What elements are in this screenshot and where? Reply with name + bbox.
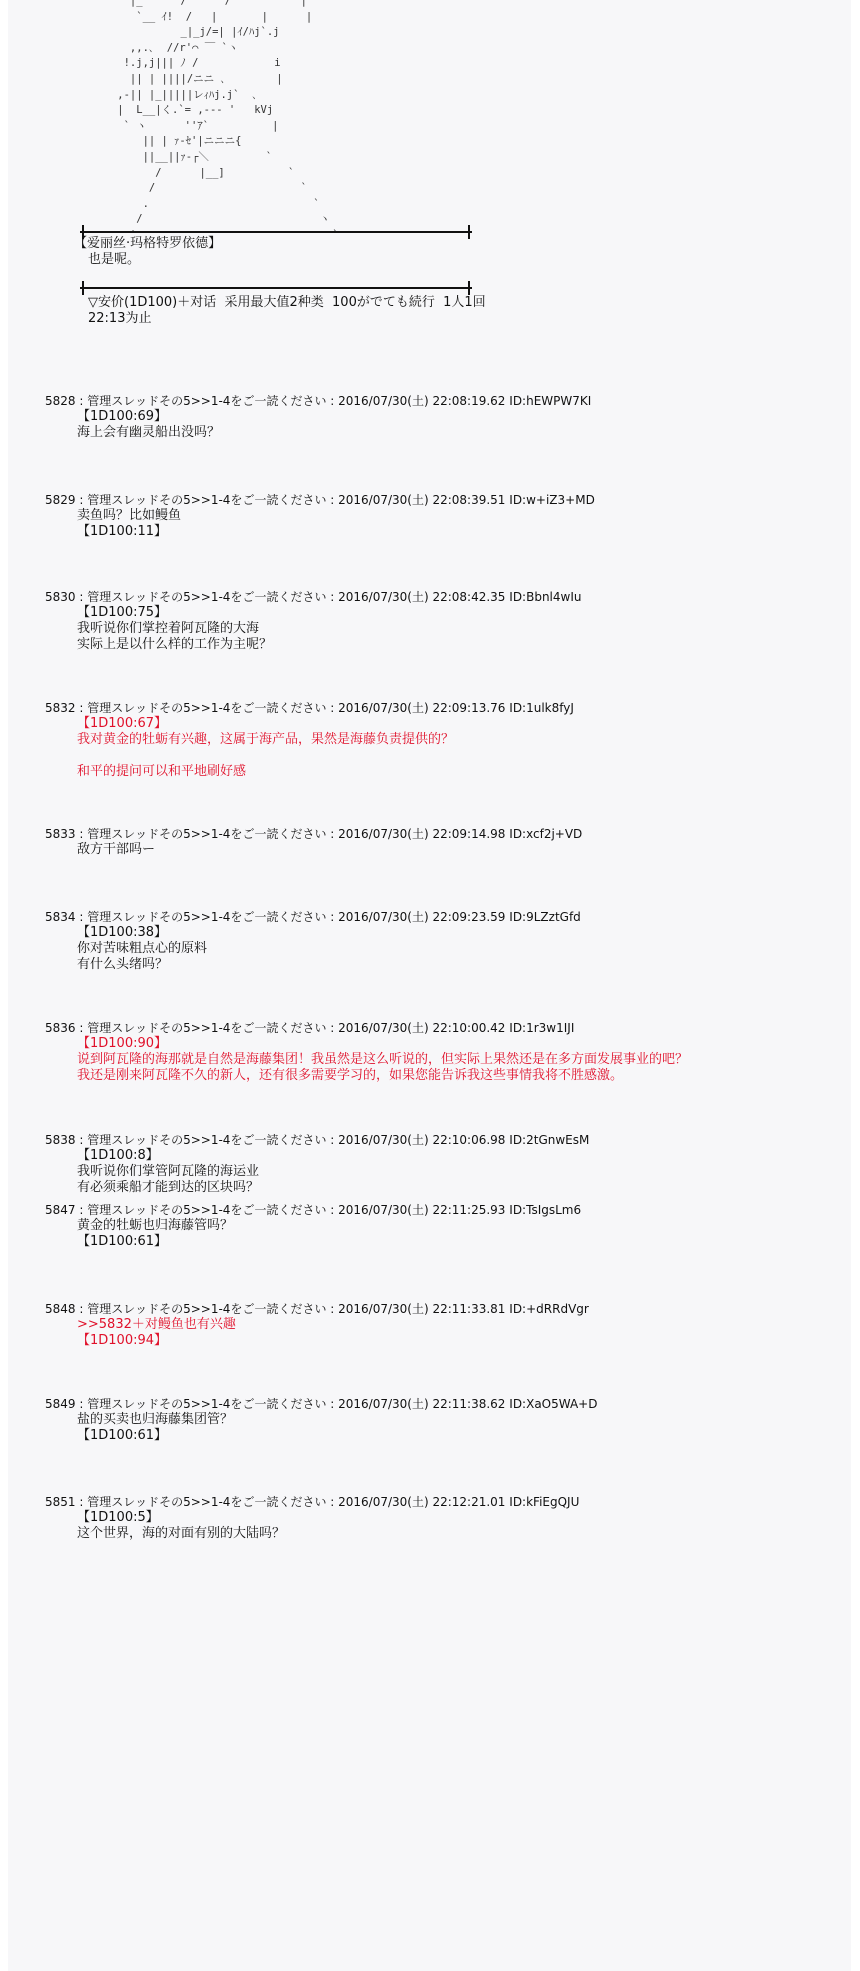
separator: : — [76, 1495, 88, 1509]
dice-roll-result: 【1D100:8】 — [77, 1148, 589, 1164]
poster-name: 管理スレッドその5>>1-4をご一読ください — [87, 1021, 326, 1035]
post-number[interactable]: 5847 — [45, 1203, 76, 1217]
post-header: 5838 : 管理スレッドその5>>1-4をご一読ください : 2016/07/… — [45, 1132, 589, 1148]
post: 5836 : 管理スレッドその5>>1-4をご一読ください : 2016/07/… — [45, 1020, 688, 1084]
post: 5848 : 管理スレッドその5>>1-4をご一読ください : 2016/07/… — [45, 1301, 589, 1349]
post: 5847 : 管理スレッドその5>>1-4をご一読ください : 2016/07/… — [45, 1202, 581, 1250]
poster-id: ID:Bbnl4wIu — [509, 590, 581, 604]
dice-roll-result: 【1D100:75】 — [77, 605, 582, 621]
poster-name: 管理スレッドその5>>1-4をご一読ください — [87, 1302, 326, 1316]
separator: : — [76, 394, 88, 408]
dice-roll-result: 【1D100:90】 — [77, 1036, 688, 1052]
post-text-line: 盐的买卖也归海藤集团管？ — [77, 1412, 597, 1428]
post-body: 【1D100:90】说到阿瓦隆的海那就是自然是海藤集团！我虽然是这么听说的，但实… — [77, 1036, 688, 1084]
separator: : — [76, 1133, 88, 1147]
post-date: 2016/07/30(土) 22:09:13.76 — [338, 701, 505, 715]
post: 5838 : 管理スレッドその5>>1-4をご一読ください : 2016/07/… — [45, 1132, 589, 1196]
post-date: 2016/07/30(土) 22:10:00.42 — [338, 1021, 505, 1035]
separator: : — [326, 1495, 338, 1509]
post-date: 2016/07/30(土) 22:10:06.98 — [338, 1133, 505, 1147]
poster-id: ID:2tGnwEsM — [509, 1133, 589, 1147]
post-number[interactable]: 5838 — [45, 1133, 76, 1147]
thread-page: |_ / / | `__ ｲ! / | | | _|_j/=| |ｲ/ﾊj`.j… — [8, 0, 851, 1971]
post: 5829 : 管理スレッドその5>>1-4をご一読ください : 2016/07/… — [45, 492, 595, 540]
separator: : — [76, 1203, 88, 1217]
post-header: 5828 : 管理スレッドその5>>1-4をご一読ください : 2016/07/… — [45, 393, 591, 409]
post: 5849 : 管理スレッドその5>>1-4をご一読ください : 2016/07/… — [45, 1396, 597, 1444]
post-text-line: 我听说你们掌管阿瓦隆的海运业 — [77, 1164, 589, 1180]
post-body: 黄金的牡蛎也归海藤管吗？【1D100:61】 — [77, 1218, 581, 1250]
poster-name: 管理スレッドその5>>1-4をご一読ください — [87, 827, 326, 841]
separator: : — [76, 701, 88, 715]
divider-bottom — [80, 287, 472, 289]
poster-id: ID:w+iZ3+MD — [509, 493, 595, 507]
post-text-line: 我还是刚来阿瓦隆不久的新人，还有很多需要学习的，如果您能告诉我这些事情我将不胜感… — [77, 1068, 688, 1084]
post-number[interactable]: 5849 — [45, 1397, 76, 1411]
post-date: 2016/07/30(土) 22:08:19.62 — [338, 394, 505, 408]
post-number[interactable]: 5828 — [45, 394, 76, 408]
dice-roll-result: 【1D100:5】 — [77, 1510, 579, 1526]
post-number[interactable]: 5829 — [45, 493, 76, 507]
post-body: >>5832＋对鳗鱼也有兴趣【1D100:94】 — [77, 1317, 589, 1349]
post-header: 5829 : 管理スレッドその5>>1-4をご一読ください : 2016/07/… — [45, 492, 595, 508]
post: 5833 : 管理スレッドその5>>1-4をご一読ください : 2016/07/… — [45, 826, 582, 858]
poster-name: 管理スレッドその5>>1-4をご一読ください — [87, 1397, 326, 1411]
post-body: 盐的买卖也归海藤集团管？【1D100:61】 — [77, 1412, 597, 1444]
post-number[interactable]: 5834 — [45, 910, 76, 924]
poster-id: ID:xcf2j+VD — [509, 827, 582, 841]
separator: : — [76, 827, 88, 841]
post-text-line: 卖鱼吗？比如鳗鱼 — [77, 508, 595, 524]
post-date: 2016/07/30(土) 22:08:42.35 — [338, 590, 505, 604]
post-date: 2016/07/30(土) 22:11:38.62 — [338, 1397, 505, 1411]
separator: : — [76, 493, 88, 507]
dice-roll-result: 【1D100:61】 — [77, 1428, 597, 1444]
separator: : — [326, 1302, 338, 1316]
post-number[interactable]: 5830 — [45, 590, 76, 604]
poster-id: ID:1ulk8fyJ — [509, 701, 574, 715]
post: 5834 : 管理スレッドその5>>1-4をご一読ください : 2016/07/… — [45, 909, 581, 973]
post-body: 【1D100:69】海上会有幽灵船出没吗？ — [77, 409, 591, 441]
post-header: 5847 : 管理スレッドその5>>1-4をご一読ください : 2016/07/… — [45, 1202, 581, 1218]
post-text-line: 有必须乘船才能到达的区块吗？ — [77, 1180, 589, 1196]
post-header: 5848 : 管理スレッドその5>>1-4をご一読ください : 2016/07/… — [45, 1301, 589, 1317]
poster-id: ID:9LZztGfd — [509, 910, 581, 924]
separator: : — [326, 590, 338, 604]
speaker-name: 【爱丽丝·玛格特罗依德】 — [74, 236, 221, 252]
post-header: 5849 : 管理スレッドその5>>1-4をご一読ください : 2016/07/… — [45, 1396, 597, 1412]
post-header: 5834 : 管理スレッドその5>>1-4をご一読ください : 2016/07/… — [45, 909, 581, 925]
poster-id: ID:hEWPW7KI — [509, 394, 591, 408]
separator: : — [326, 1203, 338, 1217]
separator: : — [326, 910, 338, 924]
post-text-line: 有什么头绪吗？ — [77, 957, 581, 973]
poster-id: ID:TsIgsLm6 — [509, 1203, 581, 1217]
post-header: 5832 : 管理スレッドその5>>1-4をご一読ください : 2016/07/… — [45, 700, 574, 716]
separator: : — [326, 1133, 338, 1147]
post-date: 2016/07/30(土) 22:12:21.01 — [338, 1495, 505, 1509]
dice-roll-result: 【1D100:61】 — [77, 1234, 581, 1250]
poster-name: 管理スレッドその5>>1-4をご一読ください — [87, 1203, 326, 1217]
poster-name: 管理スレッドその5>>1-4をご一読ください — [87, 493, 326, 507]
post-header: 5830 : 管理スレッドその5>>1-4をご一読ください : 2016/07/… — [45, 589, 582, 605]
poster-id: ID:kFiEgQJU — [509, 1495, 579, 1509]
post-text-line — [77, 748, 574, 764]
post-number[interactable]: 5848 — [45, 1302, 76, 1316]
reply-anchor-link[interactable]: >>5832＋对鳗鱼也有兴趣 — [77, 1317, 589, 1333]
post-number[interactable]: 5833 — [45, 827, 76, 841]
post: 5832 : 管理スレッドその5>>1-4をご一読ください : 2016/07/… — [45, 700, 574, 780]
dice-roll-result: 【1D100:94】 — [77, 1333, 589, 1349]
post-number[interactable]: 5851 — [45, 1495, 76, 1509]
dice-roll-result: 【1D100:38】 — [77, 925, 581, 941]
post-body: 敌方干部吗ー — [77, 842, 582, 858]
anchor-rules-line-2: 22:13为止 — [88, 311, 151, 327]
speech-line: 也是呢。 — [88, 252, 140, 268]
separator: : — [76, 1397, 88, 1411]
poster-name: 管理スレッドその5>>1-4をご一読ください — [87, 394, 326, 408]
post-text-line: 敌方干部吗ー — [77, 842, 582, 858]
separator: : — [326, 1021, 338, 1035]
dice-roll-result: 【1D100:11】 — [77, 524, 595, 540]
post-text-line: 这个世界，海的对面有别的大陆吗？ — [77, 1526, 579, 1542]
separator: : — [326, 493, 338, 507]
post-text-line: 实际上是以什么样的工作为主呢？ — [77, 637, 582, 653]
post-header: 5833 : 管理スレッドその5>>1-4をご一読ください : 2016/07/… — [45, 826, 582, 842]
poster-name: 管理スレッドその5>>1-4をご一読ください — [87, 1495, 326, 1509]
post-body: 卖鱼吗？比如鳗鱼【1D100:11】 — [77, 508, 595, 540]
post-text-line: 黄金的牡蛎也归海藤管吗？ — [77, 1218, 581, 1234]
poster-id: ID:1r3w1IJI — [509, 1021, 574, 1035]
post-body: 【1D100:75】我听说你们掌控着阿瓦隆的大海实际上是以什么样的工作为主呢？ — [77, 605, 582, 653]
poster-id: ID:XaO5WA+D — [509, 1397, 597, 1411]
separator: : — [326, 827, 338, 841]
post-text-line: 我对黄金的牡蛎有兴趣，这属于海产品，果然是海藤负责提供的？ — [77, 732, 574, 748]
post-number[interactable]: 5832 — [45, 701, 76, 715]
poster-name: 管理スレッドその5>>1-4をご一読ください — [87, 701, 326, 715]
post-text-line: 和平的提问可以和平地刷好感 — [77, 764, 574, 780]
separator: : — [76, 910, 88, 924]
divider-top — [80, 231, 472, 233]
post-date: 2016/07/30(土) 22:11:25.93 — [338, 1203, 505, 1217]
separator: : — [326, 1397, 338, 1411]
separator: : — [76, 1021, 88, 1035]
post-date: 2016/07/30(土) 22:09:14.98 — [338, 827, 505, 841]
post: 5830 : 管理スレッドその5>>1-4をご一読ください : 2016/07/… — [45, 589, 582, 653]
dice-roll-result: 【1D100:69】 — [77, 409, 591, 425]
post-body: 【1D100:67】我对黄金的牡蛎有兴趣，这属于海产品，果然是海藤负责提供的？和… — [77, 716, 574, 780]
poster-name: 管理スレッドその5>>1-4をご一読ください — [87, 1133, 326, 1147]
post-date: 2016/07/30(土) 22:11:33.81 — [338, 1302, 505, 1316]
poster-id: ID:+dRRdVgr — [509, 1302, 589, 1316]
anchor-rules-line-1: ▽安价(1D100)＋对话 采用最大值2种类 100がでても続行 1人1回 — [88, 295, 486, 311]
poster-name: 管理スレッドその5>>1-4をご一読ください — [87, 910, 326, 924]
post-text-line: 海上会有幽灵船出没吗？ — [77, 425, 591, 441]
post: 5851 : 管理スレッドその5>>1-4をご一読ください : 2016/07/… — [45, 1494, 579, 1542]
separator: : — [326, 394, 338, 408]
post-text-line: 我听说你们掌控着阿瓦隆的大海 — [77, 621, 582, 637]
poster-name: 管理スレッドその5>>1-4をご一読ください — [87, 590, 326, 604]
post-body: 【1D100:8】我听说你们掌管阿瓦隆的海运业有必须乘船才能到达的区块吗？ — [77, 1148, 589, 1196]
separator: : — [76, 1302, 88, 1316]
post-number[interactable]: 5836 — [45, 1021, 76, 1035]
separator: : — [326, 701, 338, 715]
post-body: 【1D100:5】这个世界，海的对面有别的大陆吗？ — [77, 1510, 579, 1542]
post-date: 2016/07/30(土) 22:09:23.59 — [338, 910, 505, 924]
post-header: 5836 : 管理スレッドその5>>1-4をご一読ください : 2016/07/… — [45, 1020, 688, 1036]
post-body: 【1D100:38】你对苦味粗点心的原料有什么头绪吗？ — [77, 925, 581, 973]
post-header: 5851 : 管理スレッドその5>>1-4をご一読ください : 2016/07/… — [45, 1494, 579, 1510]
dice-roll-result: 【1D100:67】 — [77, 716, 574, 732]
ascii-art-illustration: |_ / / | `__ ｲ! / | | | _|_j/=| |ｲ/ﾊj`.j… — [92, 0, 339, 244]
separator: : — [76, 590, 88, 604]
post-text-line: 说到阿瓦隆的海那就是自然是海藤集团！我虽然是这么听说的，但实际上果然还是在多方面… — [77, 1052, 688, 1068]
post: 5828 : 管理スレッドその5>>1-4をご一読ください : 2016/07/… — [45, 393, 591, 441]
post-date: 2016/07/30(土) 22:08:39.51 — [338, 493, 505, 507]
post-text-line: 你对苦味粗点心的原料 — [77, 941, 581, 957]
